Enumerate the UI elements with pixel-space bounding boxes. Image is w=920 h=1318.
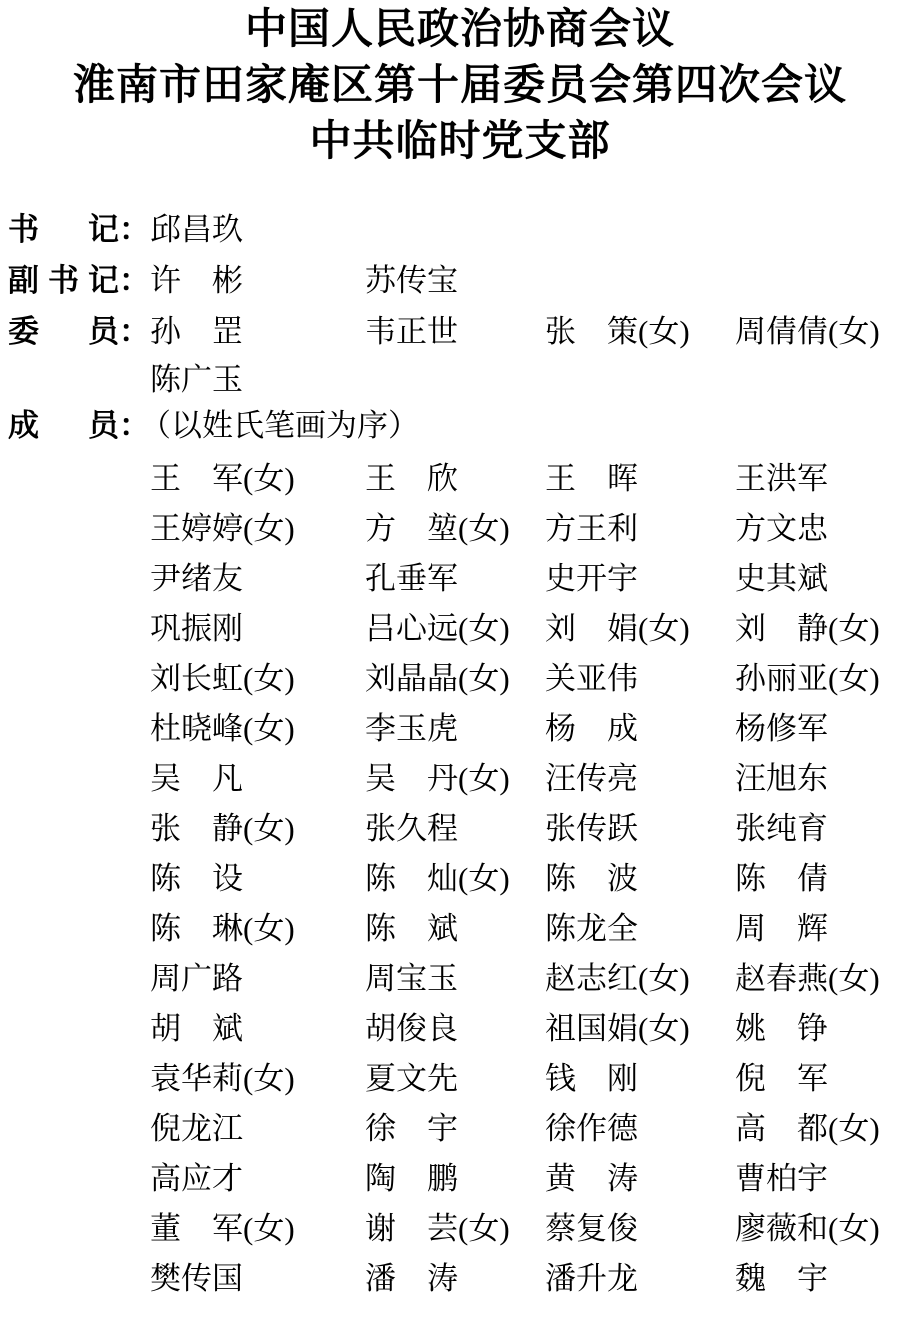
person-name: 赵志红(女) bbox=[545, 963, 690, 994]
person-name: 曹柏宇 bbox=[735, 1163, 828, 1194]
person-name: 方文忠 bbox=[735, 513, 828, 544]
person-name: 张 静(女) bbox=[150, 813, 295, 844]
document-title: 中国人民政治协商会议 淮南市田家庵区第十届委员会第四次会议 中共临时党支部 bbox=[0, 2, 920, 170]
person-name: 樊传国 bbox=[150, 1263, 243, 1294]
person-name: 钱 刚 bbox=[545, 1063, 638, 1094]
role-label-char: 员： bbox=[88, 316, 150, 347]
person-name: 韦正世 bbox=[365, 316, 458, 347]
person-name: 蔡复俊 bbox=[545, 1213, 638, 1244]
person-name: 李玉虎 bbox=[365, 713, 458, 744]
person-name: 刘 娟(女) bbox=[545, 613, 690, 644]
role-label: 书记： bbox=[8, 214, 150, 245]
person-name: 许 彬 bbox=[150, 265, 243, 296]
person-name: 陈龙全 bbox=[545, 913, 638, 944]
person-name: 汪旭东 bbox=[735, 763, 828, 794]
person-name: 关亚伟 bbox=[545, 663, 638, 694]
document-page: 中国人民政治协商会议 淮南市田家庵区第十届委员会第四次会议 中共临时党支部 书记… bbox=[0, 0, 920, 1318]
person-name: 黄 涛 bbox=[545, 1163, 638, 1194]
person-name: 陈 斌 bbox=[365, 913, 458, 944]
person-name: 潘升龙 bbox=[545, 1263, 638, 1294]
person-name: 胡俊良 bbox=[365, 1013, 458, 1044]
person-name: 潘 涛 bbox=[365, 1263, 458, 1294]
person-name: 徐作德 bbox=[545, 1113, 638, 1144]
person-name: 倪龙江 bbox=[150, 1113, 243, 1144]
person-name: 陈 琳(女) bbox=[150, 913, 295, 944]
title-line-1: 中国人民政治协商会议 bbox=[0, 2, 920, 58]
role-label-char: 副 bbox=[8, 265, 39, 296]
person-name: 倪 军 bbox=[735, 1063, 828, 1094]
person-name: 张纯育 bbox=[735, 813, 828, 844]
role-label: 副书记： bbox=[8, 265, 150, 296]
person-name: 孔垂军 bbox=[365, 563, 458, 594]
sort-order-note: （以姓氏笔画为序） bbox=[140, 410, 419, 441]
person-name: 姚 铮 bbox=[735, 1013, 828, 1044]
role-label-char: 书 bbox=[8, 214, 39, 245]
person-name: 王 军(女) bbox=[150, 463, 295, 494]
person-name: 杜晓峰(女) bbox=[150, 713, 295, 744]
role-label: 成员： bbox=[8, 410, 150, 441]
person-name: 徐 宇 bbox=[365, 1113, 458, 1144]
person-name: 周倩倩(女) bbox=[735, 316, 880, 347]
person-name: 刘 静(女) bbox=[735, 613, 880, 644]
person-name: 方王利 bbox=[545, 513, 638, 544]
person-name: 刘晶晶(女) bbox=[365, 663, 510, 694]
person-name: 史其斌 bbox=[735, 563, 828, 594]
person-name: 赵春燕(女) bbox=[735, 963, 880, 994]
person-name: 方 堃(女) bbox=[365, 513, 510, 544]
title-line-3: 中共临时党支部 bbox=[0, 114, 920, 170]
person-name: 陶 鹏 bbox=[365, 1163, 458, 1194]
person-name: 董 军(女) bbox=[150, 1213, 295, 1244]
person-name: 周广路 bbox=[150, 963, 243, 994]
person-name: 夏文先 bbox=[365, 1063, 458, 1094]
person-name: 谢 芸(女) bbox=[365, 1213, 510, 1244]
person-name: 王婷婷(女) bbox=[150, 513, 295, 544]
person-name: 陈广玉 bbox=[150, 364, 243, 395]
person-name: 吴 凡 bbox=[150, 763, 243, 794]
person-name: 尹绪友 bbox=[150, 563, 243, 594]
role-label: 委员： bbox=[8, 316, 150, 347]
person-name: 吴 丹(女) bbox=[365, 763, 510, 794]
person-name: 巩振刚 bbox=[150, 613, 243, 644]
person-name: 高 都(女) bbox=[735, 1113, 880, 1144]
person-name: 陈 倩 bbox=[735, 863, 828, 894]
person-name: 张传跃 bbox=[545, 813, 638, 844]
person-name: 陈 灿(女) bbox=[365, 863, 510, 894]
role-label-char: 成 bbox=[8, 410, 39, 441]
person-name: 廖薇和(女) bbox=[735, 1213, 880, 1244]
person-name: 杨修军 bbox=[735, 713, 828, 744]
person-name: 史开宇 bbox=[545, 563, 638, 594]
role-label-char: 书 bbox=[48, 265, 79, 296]
person-name: 陈 设 bbox=[150, 863, 243, 894]
role-label-char: 委 bbox=[8, 316, 39, 347]
person-name: 祖国娟(女) bbox=[545, 1013, 690, 1044]
person-name: 周 辉 bbox=[735, 913, 828, 944]
person-name: 孙 罡 bbox=[150, 316, 243, 347]
person-name: 陈 波 bbox=[545, 863, 638, 894]
person-name: 胡 斌 bbox=[150, 1013, 243, 1044]
person-name: 张久程 bbox=[365, 813, 458, 844]
person-name: 吕心远(女) bbox=[365, 613, 510, 644]
person-name: 高应才 bbox=[150, 1163, 243, 1194]
person-name: 王洪军 bbox=[735, 463, 828, 494]
person-name: 苏传宝 bbox=[365, 265, 458, 296]
person-name: 王 欣 bbox=[365, 463, 458, 494]
role-label-char: 记： bbox=[88, 214, 150, 245]
title-line-2: 淮南市田家庵区第十届委员会第四次会议 bbox=[0, 58, 920, 114]
person-name: 杨 成 bbox=[545, 713, 638, 744]
person-name: 周宝玉 bbox=[365, 963, 458, 994]
person-name: 刘长虹(女) bbox=[150, 663, 295, 694]
person-name: 魏 宇 bbox=[735, 1263, 828, 1294]
person-name: 邱昌玖 bbox=[150, 214, 243, 245]
person-name: 汪传亮 bbox=[545, 763, 638, 794]
person-name: 王 晖 bbox=[545, 463, 638, 494]
person-name: 袁华莉(女) bbox=[150, 1063, 295, 1094]
role-label-char: 记： bbox=[88, 265, 150, 296]
person-name: 张 策(女) bbox=[545, 316, 690, 347]
person-name: 孙丽亚(女) bbox=[735, 663, 880, 694]
